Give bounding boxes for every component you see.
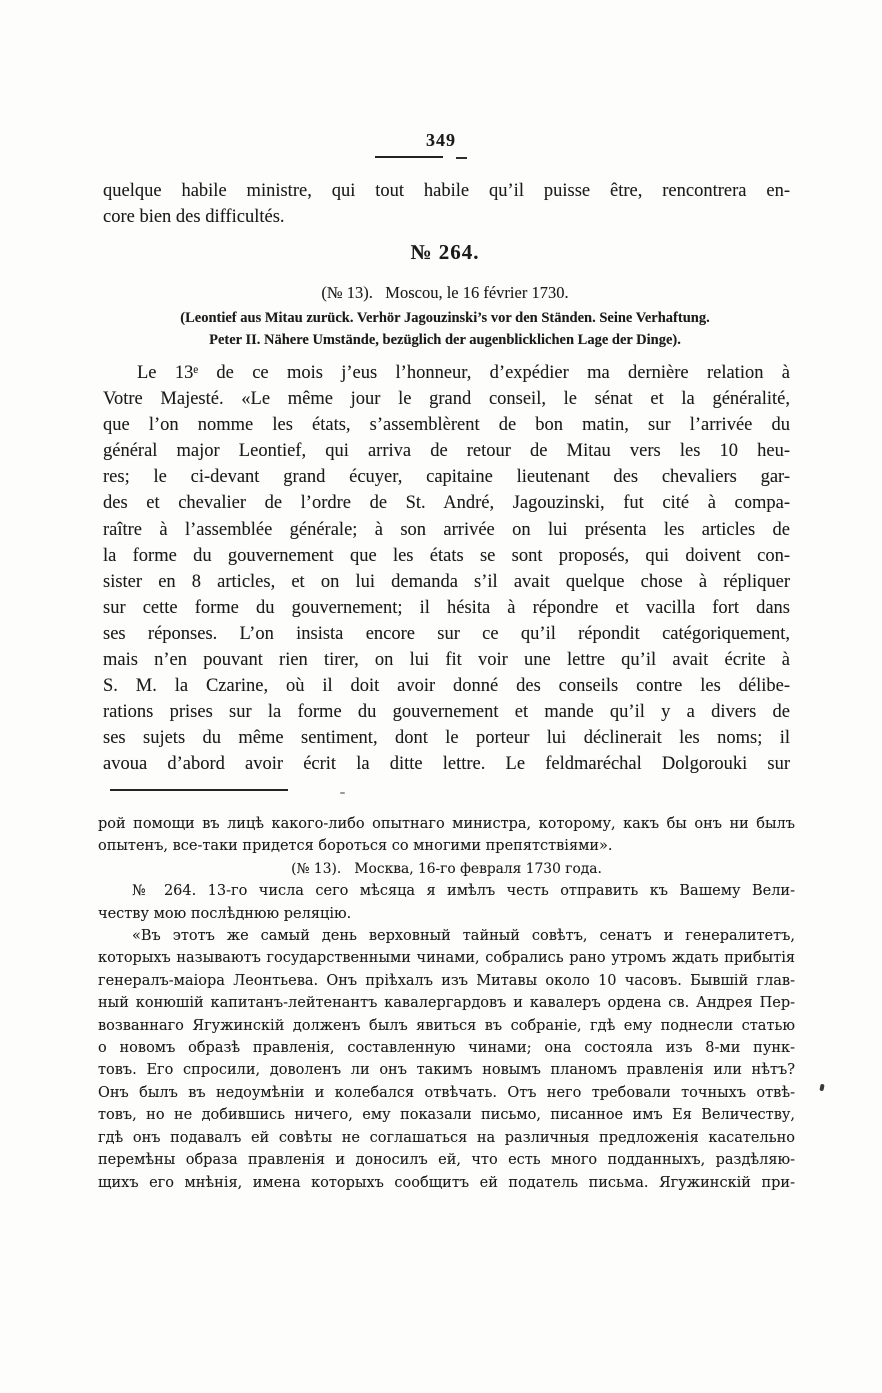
text-line: ный конюшій капитанъ-лейтенантъ кавалерг… (98, 992, 795, 1014)
page-number-dash (456, 157, 467, 159)
text-line: Votre Majesté. «Le même jour le grand co… (103, 386, 790, 412)
text-line: честву мою послѣднюю реляцію. (98, 903, 795, 925)
footnote-entry-264: № 264. 13-го числа сего мѣсяца я имѣлъ ч… (98, 880, 795, 925)
text-line: S. M. la Czarine, où il doit avoir donné… (103, 673, 790, 699)
text-line: sister en 8 articles, et on lui demanda … (103, 569, 790, 595)
footnote-continuation: рой помощи въ лицѣ какого-либо опытнаго … (98, 813, 795, 858)
text-line: «Въ этотъ же самый день верховный тайный… (98, 925, 795, 947)
text-line: quelque habile ministre, qui tout habile… (103, 178, 790, 204)
text-line: товъ, но не добившись ничего, ему показа… (98, 1104, 795, 1126)
text-line: que l’on nomme les états, s’assemblèrent… (103, 412, 790, 438)
intro-paragraph: quelque habile ministre, qui tout habile… (103, 178, 790, 230)
german-note-line: (Leontief aus Mitau zurück. Verhör Jagou… (0, 308, 882, 330)
text-line: rations prises sur la forme du gouvernem… (103, 699, 790, 725)
german-note: (Leontief aus Mitau zurück. Verhör Jagou… (0, 308, 882, 351)
text-line: генералъ-маіора Леонтьева. Онъ пріѣхалъ … (98, 970, 795, 992)
text-line: гдѣ онъ подавалъ ей совѣты не соглашатьс… (98, 1127, 795, 1149)
text-line: Онъ былъ въ недоумѣніи и колебался отвѣч… (98, 1082, 795, 1104)
text-line: № 264. 13-го числа сего мѣсяца я имѣлъ ч… (98, 880, 795, 902)
text-line: raître à l’assemblée générale; à son arr… (103, 517, 790, 543)
text-line: о новомъ образѣ правленія, составленную … (98, 1037, 795, 1059)
entry-heading: № 264. (0, 240, 882, 265)
page-number-rule (375, 156, 443, 158)
page-number: 349 (0, 130, 882, 151)
text-line: général major Leontief, qui arriva de re… (103, 438, 790, 464)
text-line: перемѣны образа правленія и доносилъ ей,… (98, 1149, 795, 1171)
footnote-date-line: (№ 13). Москва, 16-го февраля 1730 года. (98, 858, 795, 880)
text-line: товъ. Его спросили, доволенъ ли онъ таки… (98, 1059, 795, 1081)
scanned-book-page: 349 quelque habile ministre, qui tout ha… (0, 0, 882, 1393)
text-line: avoua d’abord avoir écrit la ditte lettr… (103, 751, 790, 777)
footnote-entry-body: «Въ этотъ же самый день верховный тайный… (98, 925, 795, 1194)
text-line: опытенъ, все-таки придется бороться со м… (98, 835, 795, 857)
text-line: щихъ его мнѣнія, имена которыхъ сообщитъ… (98, 1172, 795, 1194)
text-line: core bien des difficultés. (103, 204, 790, 230)
entry-subheading: (№ 13). Moscou, le 16 février 1730. (0, 283, 882, 303)
ink-speck (819, 1084, 824, 1092)
german-note-line: Peter II. Nähere Umstände, bezüglich der… (0, 330, 882, 352)
text-line: возваннаго Ягужинскій долженъ былъ явить… (98, 1015, 795, 1037)
text-line: рой помощи въ лицѣ какого-либо опытнаго … (98, 813, 795, 835)
text-line: la forme du gouvernement que les états s… (103, 543, 790, 569)
text-line: ses sujets du même sentiment, dont le po… (103, 725, 790, 751)
text-line: которыхъ называютъ государственными чина… (98, 947, 795, 969)
text-line: des et chevalier de l’ordre de St. André… (103, 490, 790, 516)
footnote: рой помощи въ лицѣ какого-либо опытнаго … (98, 813, 795, 1194)
ink-speck (340, 792, 345, 794)
text-line: mais n’en pouvant rien tirer, on lui fit… (103, 647, 790, 673)
text-line: sur cette forme du gouvernement; il hési… (103, 595, 790, 621)
text-line: Le 13ᵉ de ce mois j’eus l’honneur, d’exp… (103, 360, 790, 386)
footnote-separator (110, 789, 288, 791)
text-line: ses réponses. L’on insista encore sur ce… (103, 621, 790, 647)
entry-body: Le 13ᵉ de ce mois j’eus l’honneur, d’exp… (103, 360, 790, 778)
text-line: res; le ci-devant grand écuyer, capitain… (103, 464, 790, 490)
